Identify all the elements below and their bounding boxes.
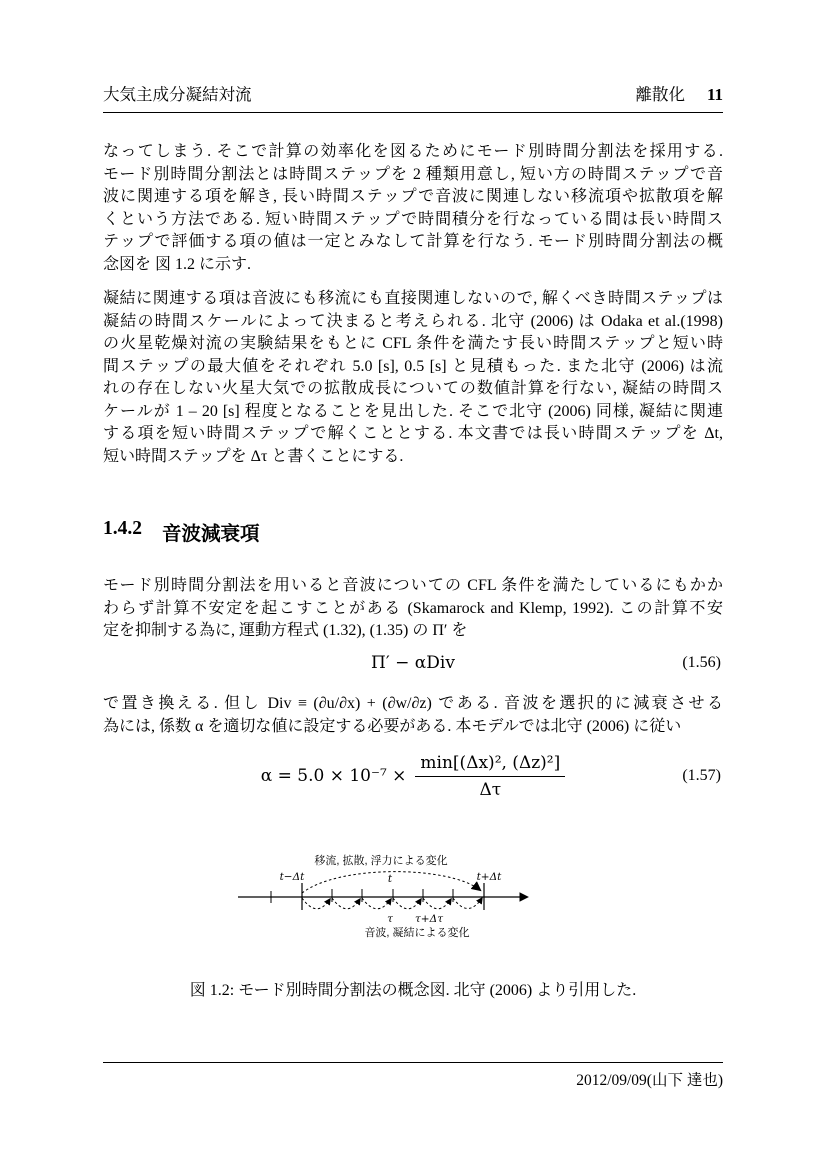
text-line: なってしまう. そこで計算の効率化を図るためにモード別時間分割法を採用する. [103, 141, 723, 164]
short-step-arc [362, 898, 391, 909]
equation-lhs: α = 5.0 × 10⁻⁷ × [261, 766, 407, 786]
text-line: で置き換える. 但し Div ≡ (∂u/∂x) + (∂w/∂z) である. … [103, 693, 723, 716]
footer-date-author: 2012/09/09(山下 達也) [576, 1072, 723, 1089]
text-line: 定を抑制する為に, 運動方程式 (1.32), (1.35) の Π′ を [103, 620, 723, 643]
section-title: 音波減衰項 [162, 518, 260, 546]
chapter-label: 離散化 [635, 81, 685, 105]
text-line: 波に関連する項を解き, 長い時間ステップで音波に関連しない移流項や拡散項を解 [103, 186, 723, 209]
text-line: 短い時間ステップを Δτ と書くことにする. [103, 446, 723, 469]
text-line: 為には, 係数 α を適切な値に設定する必要がある. 本モデルでは北守 (200… [103, 716, 723, 739]
page-number: 11 [707, 85, 723, 105]
page-footer: 2012/09/09(山下 達也) [103, 1062, 723, 1090]
short-step-arc [393, 898, 421, 909]
text-line: モード別時間分割法とは時間ステップを 2 種類用意し, 短い方の時間ステップで音 [103, 164, 723, 187]
section-number: 1.4.2 [103, 518, 142, 546]
fraction-denominator: Δτ [480, 777, 502, 800]
short-step-arc [332, 898, 360, 909]
text-line: の火星乾燥対流の実験結果をもとに CFL 条件を満たす長い時間ステップと短い時 [103, 333, 723, 356]
page-header: 大気主成分凝結対流 離散化 11 [103, 85, 723, 113]
text-line: れの存在しない火星大気での拡散成長についての数値計算を行ない, 凝結の時間ス [103, 378, 723, 401]
label-tau-plus-dtau: τ+Δτ [415, 913, 443, 925]
short-step-arc [302, 898, 330, 909]
section-heading: 1.4.2 音波減衰項 [103, 518, 723, 546]
header-right: 離散化 11 [635, 81, 723, 105]
fraction: min[(Δx)², (Δz)²] Δτ [415, 753, 565, 800]
text-line: くという方法である. 短い時間ステップで時間積分を行なっている間は長い時間ス [103, 209, 723, 232]
text-line: わらず計算不安定を起こすことがある (Skamarock and Klemp, … [103, 598, 723, 621]
label-t-plus-dt: t+Δt [477, 871, 503, 883]
figure-caption: 図 1.2: モード別時間分割法の概念図. 北守 (2006) より引用した. [103, 977, 723, 1000]
paragraph-2: 凝結に関連する項は音波にも移流にも直接関連しないので, 解くべき時間ステップは … [103, 288, 723, 468]
figure-bottom-label: 音波, 凝結による変化 [364, 925, 469, 939]
paper-page: 大気主成分凝結対流 離散化 11 なってしまう. そこで計算の効率化を図るために… [0, 0, 826, 1169]
equation-body: Π′ − αDiv [371, 653, 455, 673]
equation-tag: (1.56) [682, 654, 721, 672]
figure-timeline-diagram: 移流, 拡散, 浮力による変化 t−Δt t t+Δt τ τ+Δτ 音波, 凝… [235, 840, 545, 950]
text-line: 間ステップの最大値をそれぞれ 5.0 [s], 0.5 [s] と見積もった. … [103, 356, 723, 379]
text-line: テップで評価する項の値は一定とみなして計算を行なう. モード別時間分割法の概 [103, 231, 723, 254]
short-step-arc [423, 898, 451, 909]
label-t: t [388, 873, 393, 885]
figure-top-label: 移流, 拡散, 浮力による変化 [314, 853, 447, 867]
paragraph-4: で置き換える. 但し Div ≡ (∂u/∂x) + (∂w/∂z) である. … [103, 693, 723, 738]
short-step-arc [453, 898, 482, 909]
document-title: 大気主成分凝結対流 [103, 81, 252, 105]
equation-1-57: α = 5.0 × 10⁻⁷ × min[(Δx)², (Δz)²] Δτ (1… [103, 748, 723, 804]
fraction-numerator: min[(Δx)², (Δz)²] [415, 753, 565, 777]
label-t-minus-dt: t−Δt [280, 871, 306, 883]
paragraph-1: なってしまう. そこで計算の効率化を図るためにモード別時間分割法を採用する. モ… [103, 141, 723, 276]
text-line: モード別時間分割法を用いると音波についての CFL 条件を満たしているにもかか [103, 575, 723, 598]
label-tau: τ [387, 913, 393, 925]
text-line: する項を短い時間ステップで解くこととする. 本文書では長い時間ステップを Δt, [103, 423, 723, 446]
equation-1-56: Π′ − αDiv (1.56) [103, 648, 723, 678]
paragraph-3: モード別時間分割法を用いると音波についての CFL 条件を満たしているにもかか … [103, 575, 723, 643]
text-line: 凝結に関連する項は音波にも移流にも直接関連しないので, 解くべき時間ステップは [103, 288, 723, 311]
text-line: ケールが 1 – 20 [s] 程度となることを見出した. そこで北守 (200… [103, 401, 723, 424]
text-line: 凝結の時間スケールによって決まると考えられる. 北守 (2006) は Odak… [103, 311, 723, 334]
equation-tag: (1.57) [682, 767, 721, 785]
text-line: 念図を 図 1.2 に示す. [103, 254, 723, 277]
